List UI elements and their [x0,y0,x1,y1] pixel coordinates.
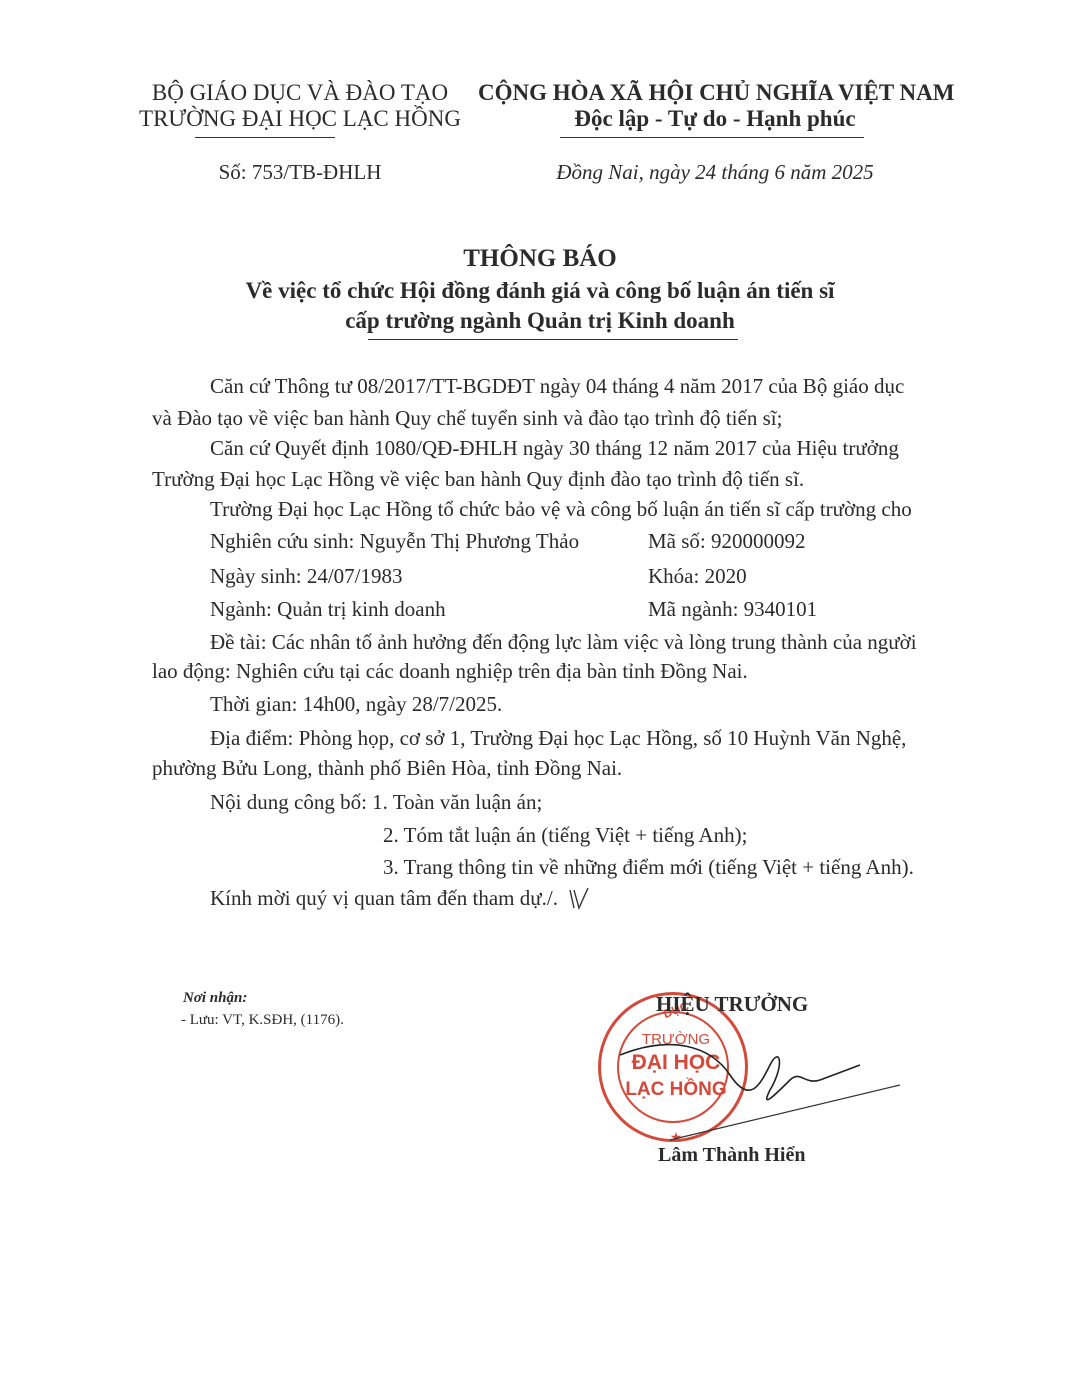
location-line2: phường Bửu Long, thành phố Biên Hòa, tỉn… [152,754,622,782]
candidate-major-code: Mã ngành: 9340101 [648,595,817,623]
content-item-1: Nội dung công bố: 1. Toàn văn luận án; [210,788,542,816]
closing-invitation: Kính mời quý vị quan tâm đến tham dự./. [210,884,558,912]
place-and-date: Đồng Nai, ngày 24 tháng 6 năm 2025 [478,160,952,185]
document-subtitle-line1: Về việc tổ chức Hội đồng đánh giá và côn… [0,278,1080,304]
motto-underline [560,137,864,138]
location-line1: Địa điểm: Phòng họp, cơ sở 1, Trường Đại… [210,724,906,752]
event-time: Thời gian: 14h00, ngày 28/7/2025. [210,690,502,718]
ministry-name: BỘ GIÁO DỤC VÀ ĐÀO TẠO [130,80,470,106]
content-item-3: 3. Trang thông tin về những điểm mới (ti… [383,853,914,881]
signer-position: HIỆU TRƯỞNG [656,992,808,1017]
legal-basis-1-line1: Căn cứ Thông tư 08/2017/TT-BGDĐT ngày 04… [210,372,904,400]
initial-mark-icon [568,886,590,912]
legal-basis-1-line2: và Đào tạo về việc ban hành Quy chế tuyể… [152,404,782,432]
recipient-archive: - Lưu: VT, K.SĐH, (1176). [181,1012,344,1029]
intro-text: Trường Đại học Lạc Hồng tổ chức bảo vệ v… [210,495,912,523]
university-underline [195,137,335,138]
title-underline [368,339,738,340]
document-number: Số: 753/TB-ĐHLH [130,160,470,185]
national-motto: Độc lập - Tự do - Hạnh phúc [478,106,952,132]
candidate-name: Nghiên cứu sinh: Nguyễn Thị Phương Thảo [210,527,579,555]
signature-scribble-icon [610,1035,910,1145]
topic-line1: Đề tài: Các nhân tố ảnh hưởng đến động l… [210,628,917,656]
candidate-major: Ngành: Quản trị kinh doanh [210,595,446,623]
university-name: TRƯỜNG ĐẠI HỌC LẠC HỒNG [130,106,470,132]
topic-line2: lao động: Nghiên cứu tại các doanh nghiệ… [152,657,748,685]
document-subtitle-line2: cấp trường ngành Quản trị Kinh doanh [0,308,1080,334]
candidate-id: Mã số: 920000092 [648,527,806,555]
legal-basis-2-line1: Căn cứ Quyết định 1080/QĐ-ĐHLH ngày 30 t… [210,434,899,462]
content-item-2: 2. Tóm tắt luận án (tiếng Việt + tiếng A… [383,821,747,849]
country-name: CỘNG HÒA XÃ HỘI CHỦ NGHĨA VIỆT NAM [478,80,952,106]
signer-name: Lâm Thành Hiển [658,1144,805,1167]
document-title: THÔNG BÁO [0,245,1080,273]
recipients-label: Nơi nhận: [183,990,247,1007]
legal-basis-2-line2: Trường Đại học Lạc Hồng về việc ban hành… [152,465,804,493]
candidate-dob: Ngày sinh: 24/07/1983 [210,562,403,590]
candidate-cohort: Khóa: 2020 [648,562,747,590]
